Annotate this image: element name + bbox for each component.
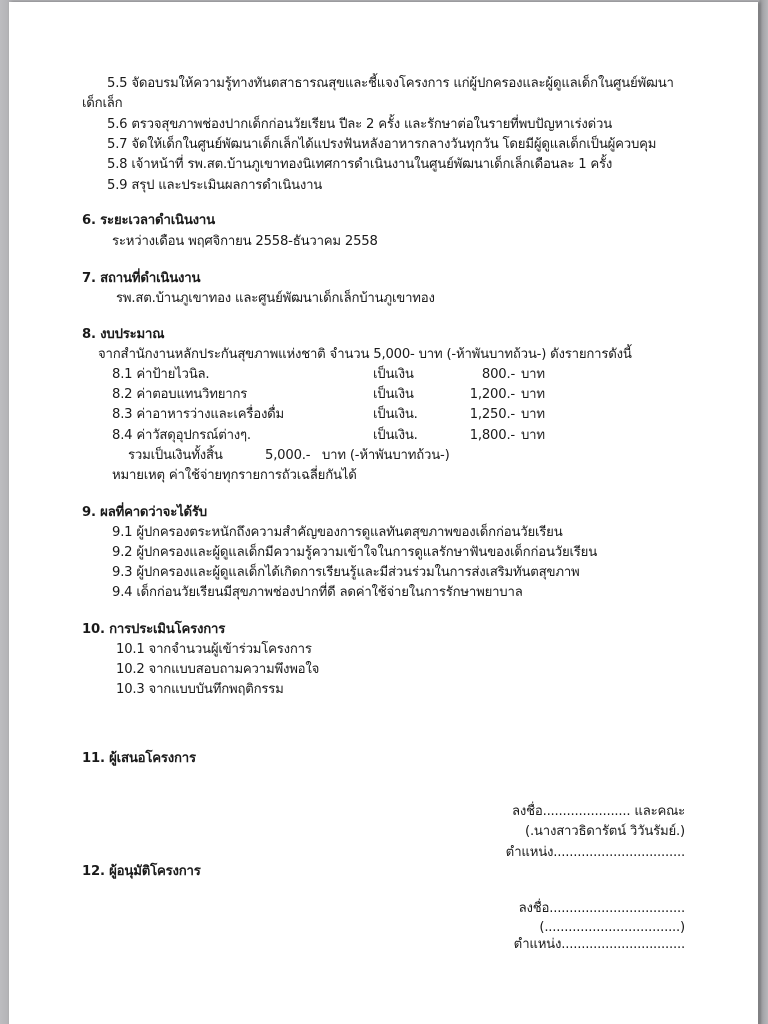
budget-total-unit: บาท (-ห้าพันบาทถ้วน-) (322, 447, 450, 465)
page-content: 5.5 จัดอบรมให้ความรู้ทางทันตสาธารณสุขและ… (9, 2, 758, 1024)
budget-item-as-money: เป็นเงิน (373, 386, 414, 404)
proposer-name: (.นางสาวธิดารัตน์ วิวันรัมย์.) (525, 823, 685, 841)
item-5-5: 5.5 จัดอบรมให้ความรู้ทางทันตสาธารณสุขและ… (107, 75, 674, 93)
item-5-5-continuation: เด็กเล็ก (82, 95, 122, 113)
section-7-body: รพ.สต.บ้านภูเขาทอง และศูนย์พัฒนาเด็กเล็ก… (116, 290, 435, 308)
section-11-heading: 11. ผู้เสนอโครงการ (82, 750, 196, 768)
section-6-body: ระหว่างเดือน พฤศจิกายน 2558-ธันวาคม 2558 (112, 233, 378, 251)
expected-result-item: 9.3 ผู้ปกครองและผู้ดูแลเด็กได้เกิดการเรี… (112, 564, 580, 582)
section-12-heading: 12. ผู้อนุมัติโครงการ (82, 863, 201, 881)
budget-intro: จากสำนักงานหลักประกันสุขภาพแห่งชาติ จำนว… (98, 346, 632, 364)
approver-position-line: ตำแหน่ง............................... (514, 936, 685, 954)
item-5-6: 5.6 ตรวจสุขภาพช่องปากเด็กก่อนวัยเรียน ปี… (107, 116, 612, 134)
approver-signature-line: ลงชื่อ.................................. (519, 900, 685, 918)
budget-item-label: 8.4 ค่าวัสดุอุปกรณ์ต่างๆ. (112, 427, 251, 445)
budget-item-amount: 800.- (445, 366, 515, 384)
expected-result-item: 9.2 ผู้ปกครองและผู้ดูแลเด็กมีความรู้ความ… (112, 544, 597, 562)
budget-item-unit: บาท (521, 386, 545, 404)
budget-item-label: 8.1 ค่าป้ายไวนิล. (112, 366, 209, 384)
document-page: 5.5 จัดอบรมให้ความรู้ทางทันตสาธารณสุขและ… (9, 2, 758, 1024)
expected-result-item: 9.1 ผู้ปกครองตระหนักถึงความสำคัญของการดู… (112, 524, 563, 542)
budget-note: หมายเหตุ ค่าใช้จ่ายทุกรายการถัวเฉลี่ยกัน… (112, 467, 357, 485)
budget-item-as-money: เป็นเงิน. (373, 406, 418, 424)
section-6-heading: 6. ระยะเวลาดำเนินงาน (82, 212, 215, 230)
document-viewer: 5.5 จัดอบรมให้ความรู้ทางทันตสาธารณสุขและ… (0, 0, 768, 1024)
item-5-9: 5.9 สรุป และประเมินผลการดำเนินงาน (107, 177, 322, 195)
section-10-heading: 10. การประเมินโครงการ (82, 621, 225, 639)
item-5-7: 5.7 จัดให้เด็กในศูนย์พัฒนาเด็กเล็กได้แปร… (107, 136, 656, 154)
budget-item-amount: 1,200.- (445, 386, 515, 404)
budget-item-as-money: เป็นเงิน. (373, 427, 418, 445)
budget-item-as-money: เป็นเงิน (373, 366, 414, 384)
section-9-heading: 9. ผลที่คาดว่าจะได้รับ (82, 504, 207, 522)
approver-name-line: (..................................) (539, 919, 685, 937)
proposer-signature-line: ลงชื่อ...................... และคณะ (512, 803, 685, 821)
budget-item-unit: บาท (521, 366, 545, 384)
proposer-position-line: ตำแหน่ง................................. (506, 844, 685, 862)
section-7-heading: 7. สถานที่ดำเนินงาน (82, 270, 200, 288)
expected-result-item: 9.4 เด็กก่อนวัยเรียนมีสุขภาพช่องปากที่ดี… (112, 584, 523, 602)
evaluation-item: 10.3 จากแบบบันทึกพฤติกรรม (116, 681, 284, 699)
evaluation-item: 10.2 จากแบบสอบถามความพึงพอใจ (116, 661, 319, 679)
budget-item-unit: บาท (521, 406, 545, 424)
item-5-8: 5.8 เจ้าหน้าที่ รพ.สต.บ้านภูเขาทองนิเทศก… (107, 156, 612, 174)
budget-item-amount: 1,800.- (445, 427, 515, 445)
budget-item-amount: 1,250.- (445, 406, 515, 424)
evaluation-item: 10.1 จากจำนวนผู้เข้าร่วมโครงการ (116, 641, 312, 659)
budget-total-label: รวมเป็นเงินทั้งสิ้น (128, 447, 223, 465)
budget-item-unit: บาท (521, 427, 545, 445)
budget-total-amount: 5,000.- (265, 447, 310, 465)
section-8-heading: 8. งบประมาณ (82, 326, 164, 344)
budget-item-label: 8.2 ค่าตอบแทนวิทยากร (112, 386, 247, 404)
budget-item-label: 8.3 ค่าอาหารว่างและเครื่องดื่ม (112, 406, 284, 424)
